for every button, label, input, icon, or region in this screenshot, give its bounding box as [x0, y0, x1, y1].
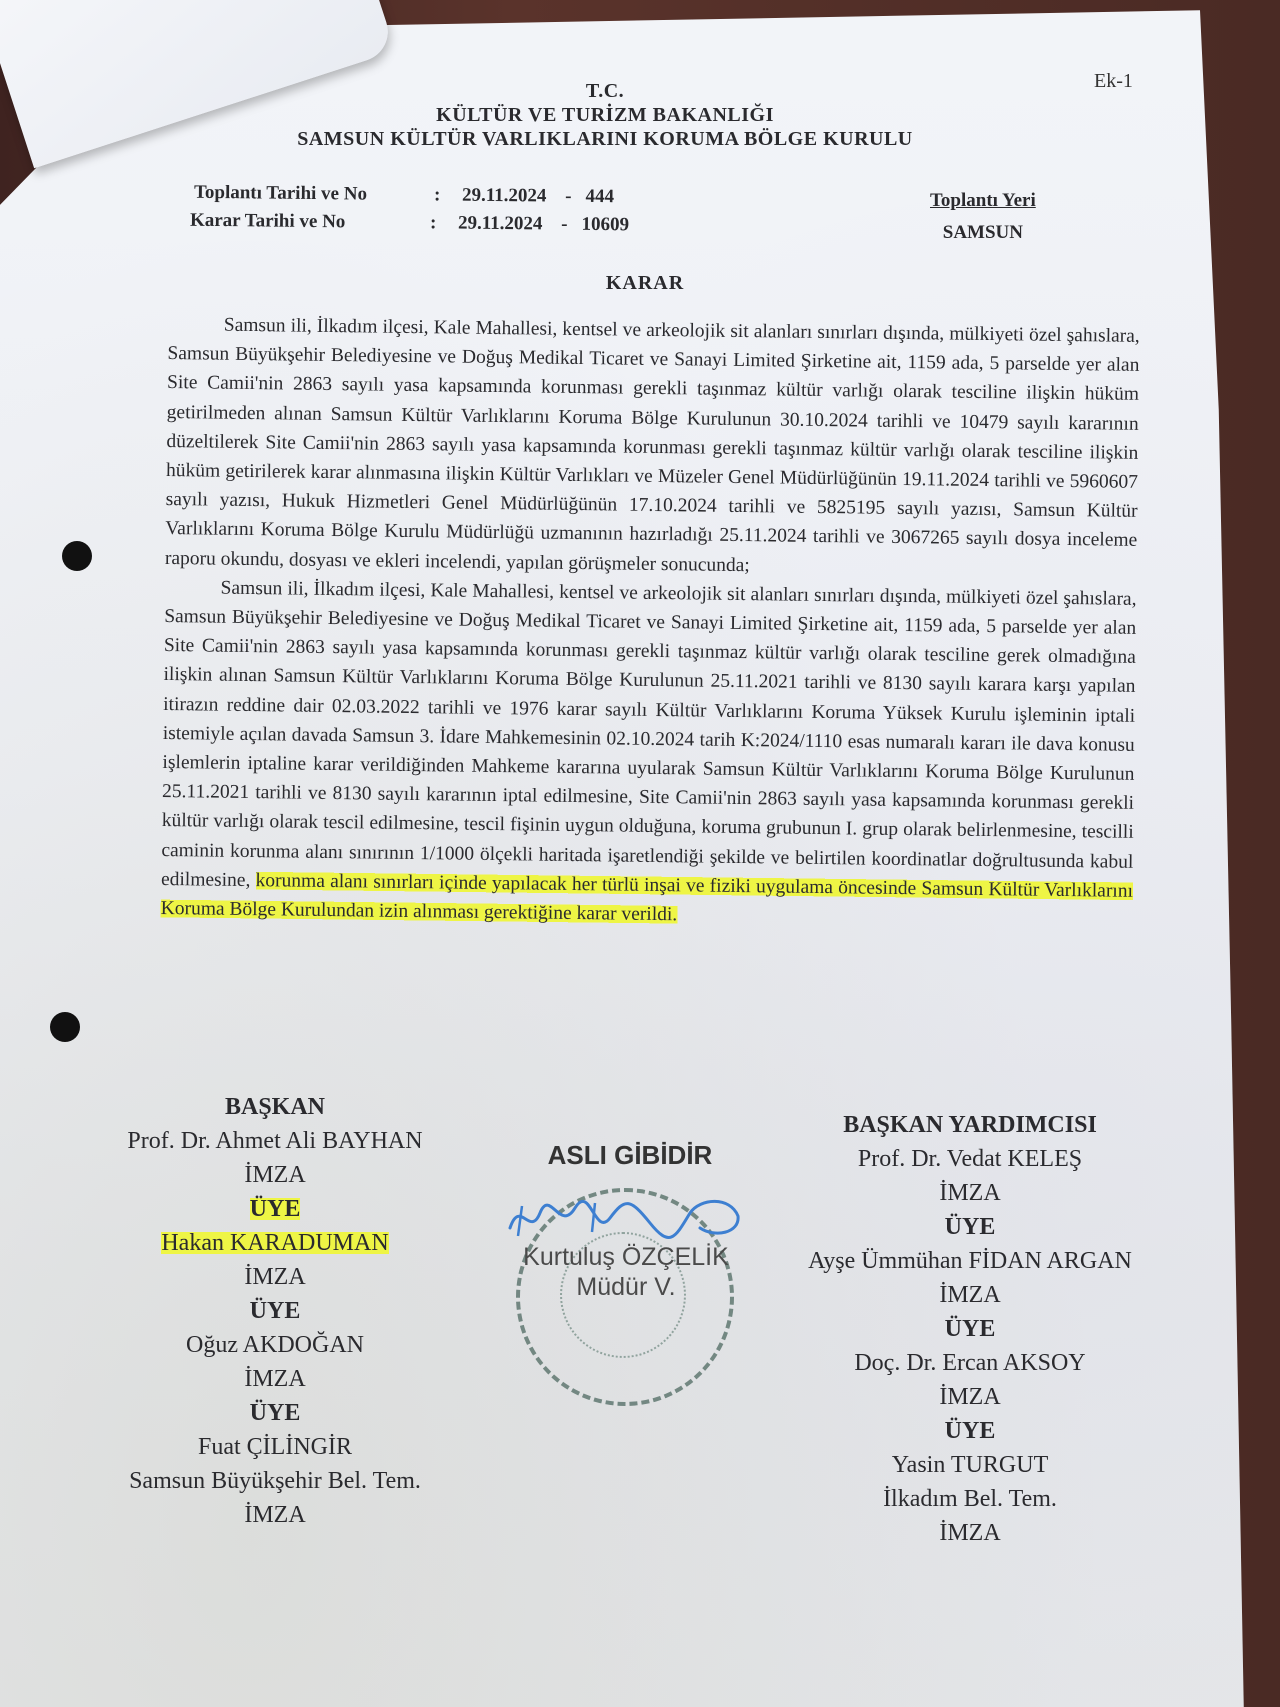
certification-stamp: ASLI GİBİDİR [510, 1140, 750, 1171]
signatory-role: BAŞKAN YARDIMCISI [770, 1108, 1170, 1142]
signatory-role: ÜYE [770, 1210, 1170, 1244]
highlighted-text: korunma alanı sınırları içinde yapılacak… [161, 870, 1134, 925]
decision-date: 29.11.2024 [458, 213, 543, 235]
meeting-date: 29.11.2024 [462, 185, 547, 207]
meeting-place-title: Toplantı Yeri [930, 190, 1036, 212]
signatory-role: ÜYE [60, 1294, 490, 1328]
handwritten-signature-icon [500, 1188, 750, 1248]
signatory-block: ÜYEYasin TURGUTİlkadım Bel. Tem.İMZA [770, 1414, 1170, 1550]
signatory-name: Doç. Dr. Ercan AKSOY [770, 1346, 1170, 1380]
signature-label: İMZA [60, 1158, 490, 1192]
signatory-role: ÜYE [770, 1414, 1170, 1448]
signatory-block: ÜYEAyşe Ümmühan FİDAN ARGANİMZA [770, 1210, 1170, 1312]
signatory-block: ÜYEHakan KARADUMANİMZA [60, 1192, 490, 1294]
signatory-role: BAŞKAN [60, 1090, 490, 1124]
signature-label: İMZA [770, 1278, 1170, 1312]
official-name: Kurtuluş ÖZÇELİK [496, 1242, 756, 1272]
decision-label: Karar Tarihi ve No [190, 210, 430, 235]
signatory-block: BAŞKAN YARDIMCISIProf. Dr. Vedat KELEŞİM… [770, 1108, 1170, 1210]
punch-hole-icon [50, 1012, 80, 1042]
signatories-left: BAŞKANProf. Dr. Ahmet Ali BAYHANİMZAÜYEH… [60, 1090, 490, 1532]
signatory-name: Prof. Dr. Vedat KELEŞ [770, 1142, 1170, 1176]
signature-label: İMZA [60, 1260, 490, 1294]
header-ministry: KÜLTÜR VE TURİZM BAKANLIĞI [0, 104, 1210, 127]
signatory-block: ÜYEOğuz AKDOĞANİMZA [60, 1294, 490, 1396]
decision-info: Karar Tarihi ve No:29.11.2024 -10609 [190, 210, 629, 237]
signatories-right: BAŞKAN YARDIMCISIProf. Dr. Vedat KELEŞİM… [770, 1108, 1170, 1550]
meeting-label: Toplantı Tarihi ve No [194, 182, 434, 207]
meeting-place: Toplantı Yeri SAMSUN [930, 190, 1036, 244]
signature-label: İMZA [60, 1498, 490, 1532]
signatory-name: Hakan KARADUMAN [60, 1226, 490, 1260]
meeting-info: Toplantı Tarihi ve No:29.11.2024 -444 [194, 182, 614, 208]
signatory-block: ÜYEFuat ÇİLİNGİRSamsun Büyükşehir Bel. T… [60, 1396, 490, 1532]
paragraph-2: Samsun ili, İlkadım ilçesi, Kale Mahalle… [161, 573, 1137, 935]
header-board: SAMSUN KÜLTÜR VARLIKLARINI KORUMA BÖLGE … [0, 128, 1210, 151]
meeting-number: 444 [585, 186, 614, 207]
signatory-name: Oğuz AKDOĞAN [60, 1328, 490, 1362]
signature-label: İMZA [770, 1516, 1170, 1550]
signatory-role: ÜYE [60, 1192, 490, 1226]
signatory-affiliation: İlkadım Bel. Tem. [770, 1482, 1170, 1516]
signatory-affiliation: Samsun Büyükşehir Bel. Tem. [60, 1464, 490, 1498]
signatory-name: Yasin TURGUT [770, 1448, 1170, 1482]
signatory-name: Ayşe Ümmühan FİDAN ARGAN [770, 1244, 1170, 1278]
paragraph-1: Samsun ili, İlkadım ilçesi, Kale Mahalle… [165, 310, 1140, 585]
signatory-block: ÜYEDoç. Dr. Ercan AKSOYİMZA [770, 1312, 1170, 1414]
decision-number: 10609 [581, 214, 629, 235]
punch-hole-icon [62, 541, 92, 571]
meeting-place-value: SAMSUN [930, 222, 1036, 244]
header-tc: T.C. [0, 80, 1210, 103]
certified-copy-label: ASLI GİBİDİR [510, 1140, 750, 1171]
signatory-name: Fuat ÇİLİNGİR [60, 1430, 490, 1464]
decision-title: KARAR [0, 272, 1280, 295]
signature-label: İMZA [770, 1176, 1170, 1210]
signatory-block: BAŞKANProf. Dr. Ahmet Ali BAYHANİMZA [60, 1090, 490, 1192]
signatory-role: ÜYE [60, 1396, 490, 1430]
signatory-role: ÜYE [770, 1312, 1170, 1346]
decision-body: Samsun ili, İlkadım ilçesi, Kale Mahalle… [161, 310, 1140, 935]
signature-label: İMZA [60, 1362, 490, 1396]
certifying-official: Kurtuluş ÖZÇELİK Müdür V. [496, 1242, 756, 1302]
official-title: Müdür V. [496, 1272, 756, 1302]
signatory-name: Prof. Dr. Ahmet Ali BAYHAN [60, 1124, 490, 1158]
signature-label: İMZA [770, 1380, 1170, 1414]
